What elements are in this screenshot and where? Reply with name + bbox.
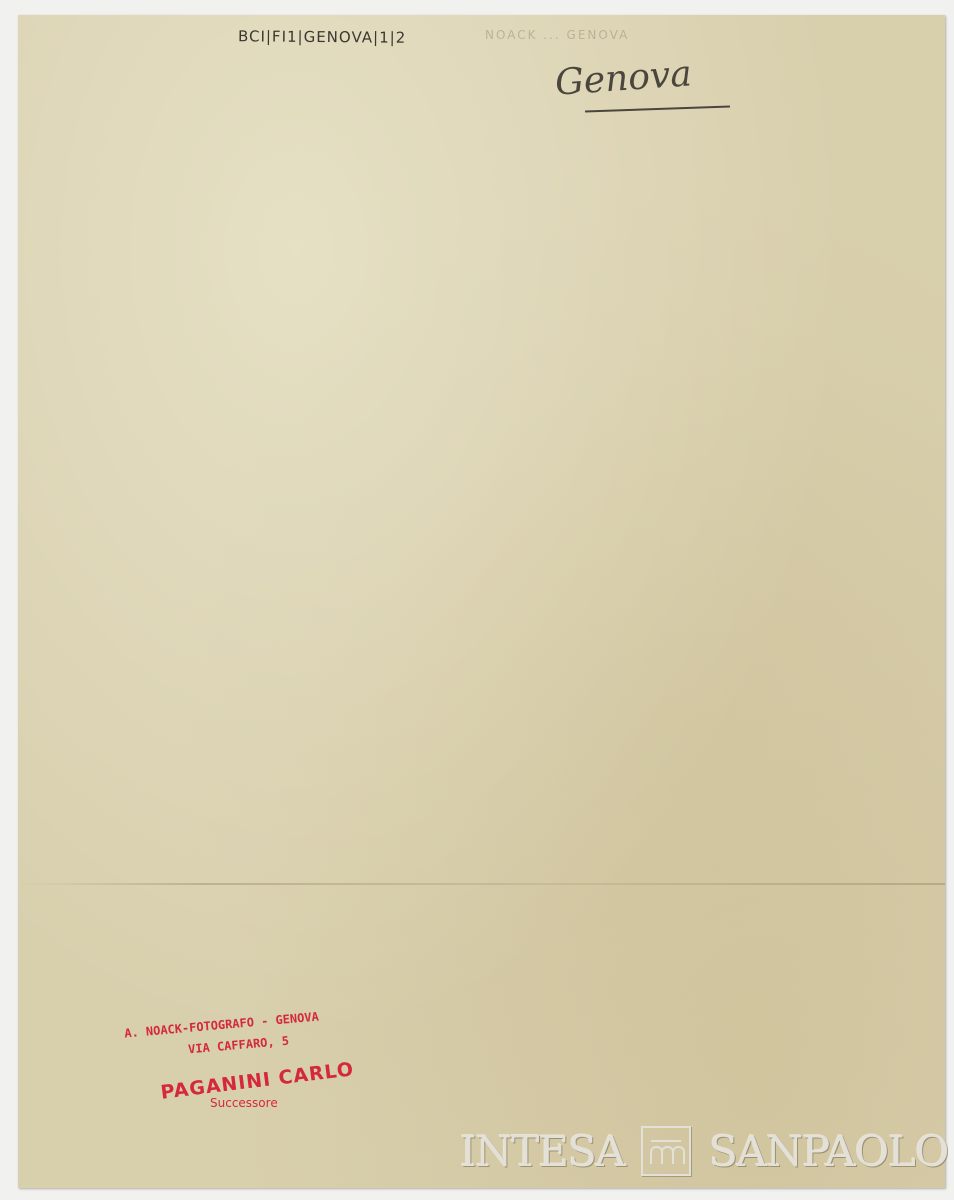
watermark-left-text: INTESA [460, 1127, 625, 1176]
faint-offset-text: NOACK ... GENOVA [485, 28, 629, 42]
photo-back-paper [18, 15, 945, 1188]
watermark: INTESA SANPAOLO [460, 1125, 948, 1177]
watermark-right-text: SANPAOLO [709, 1127, 948, 1176]
stamp-successor-label: Successore [210, 1096, 278, 1110]
fold-line [18, 883, 945, 885]
archive-code: BCI|FI1|GENOVA|1|2 [238, 27, 406, 46]
arch-logo-icon [641, 1126, 691, 1176]
